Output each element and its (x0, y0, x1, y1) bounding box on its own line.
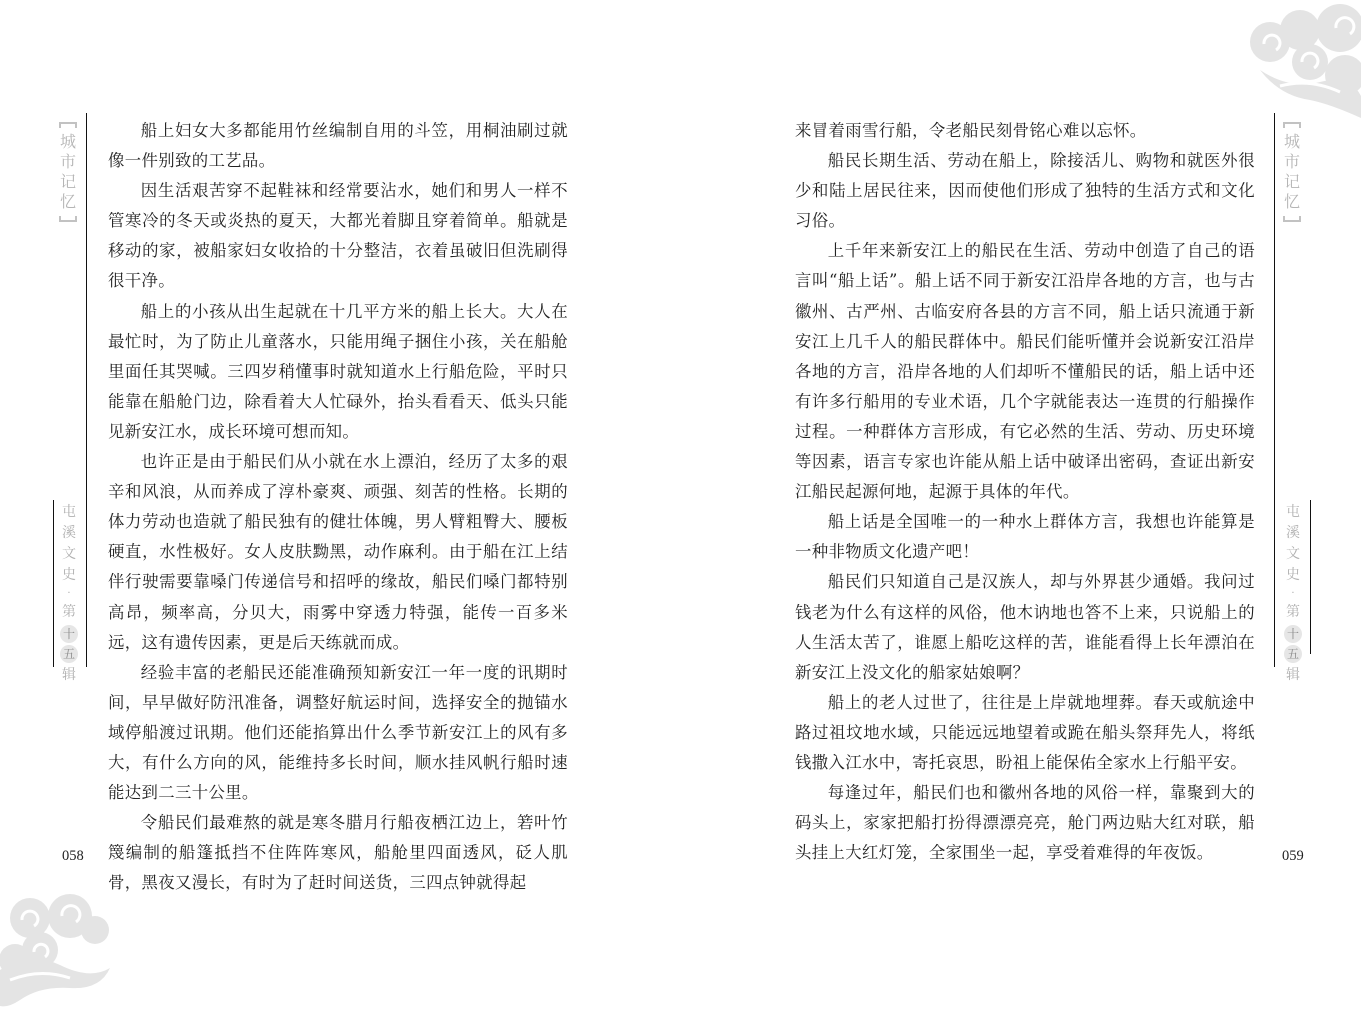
section-label-char: 城 (1282, 132, 1302, 152)
margin-rule (1274, 113, 1275, 667)
series-label-char: 溪 (59, 523, 79, 544)
series-label-circled-char: 十 (1284, 625, 1302, 643)
series-label-char: 屯 (1283, 502, 1303, 523)
section-label-char: 市 (58, 152, 78, 172)
paragraph: 也许正是由于船民们从小就在水上漂泊，经历了太多的艰辛和风浪，从而养成了淳朴豪爽、… (108, 447, 568, 658)
bracket-bottom-icon (1283, 216, 1301, 222)
margin-rule (86, 113, 87, 667)
series-label-char: 文 (59, 544, 79, 565)
series-label-char: 屯 (59, 502, 79, 523)
series-label: 屯 溪 文 史 · 第 十 五 辑 (59, 502, 79, 686)
paragraph: 船上的老人过世了，往往是上岸就地埋葬。春天或航途中路过祖坟地水域，只能远远地望着… (795, 688, 1255, 778)
section-label-char: 忆 (58, 192, 78, 212)
series-rule (53, 500, 54, 667)
series-rule (1310, 500, 1311, 654)
paragraph: 令船民们最难熬的就是寒冬腊月行船夜栖江边上，箬叶竹篾编制的船篷抵挡不住阵阵寒风，… (108, 808, 568, 898)
paragraph: 船民们只知道自己是汉族人，却与外界甚少通婚。我问过钱老为什么有这样的风俗，他木讷… (795, 567, 1255, 687)
right-page: 来冒着雨雪行船，令老船民刻骨铭心难以忘怀。 船民长期生活、劳动在船上，除接活儿、… (680, 0, 1361, 1016)
series-label-char: 史 (1283, 565, 1303, 586)
paragraph: 船民长期生活、劳动在船上，除接活儿、购物和就医外很少和陆上居民往来，因而使他们形… (795, 146, 1255, 236)
series-label-circled-char: 五 (1284, 645, 1302, 663)
section-label-char: 忆 (1282, 192, 1302, 212)
left-page: 城 市 记 忆 屯 溪 文 史 · 第 十 五 辑 船上妇女大多都能用竹丝编制自… (0, 0, 680, 1016)
paragraph-continued: 来冒着雨雪行船，令老船民刻骨铭心难以忘怀。 (795, 116, 1255, 146)
paragraph: 因生活艰苦穿不起鞋袜和经常要沾水，她们和男人一样不管寒冷的冬天或炎热的夏天，大都… (108, 176, 568, 296)
series-label-char: 溪 (1283, 523, 1303, 544)
series-label-char: 第 (1283, 602, 1303, 623)
section-label-char: 记 (58, 172, 78, 192)
series-label: 屯 溪 文 史 · 第 十 五 辑 (1283, 502, 1303, 686)
cloud-ornament-icon (0, 890, 120, 1016)
section-label: 城 市 记 忆 (58, 122, 78, 222)
series-label-dot: · (1283, 586, 1303, 602)
series-label-circled-char: 十 (60, 625, 78, 643)
paragraph: 船上的小孩从出生起就在十几平方米的船上长大。大人在最忙时，为了防止儿童落水，只能… (108, 297, 568, 447)
bracket-top-icon (59, 122, 77, 128)
paragraph: 每逢过年，船民们也和徽州各地的风俗一样，靠聚到大的码头上，家家把船打扮得漂漂亮亮… (795, 778, 1255, 868)
section-label: 城 市 记 忆 (1282, 122, 1302, 222)
page-number: 059 (1282, 848, 1304, 865)
section-label-char: 城 (58, 132, 78, 152)
paragraph: 船上妇女大多都能用竹丝编制自用的斗笠，用桐油刷过就像一件别致的工艺品。 (108, 116, 568, 176)
page-number: 058 (62, 848, 84, 865)
series-label-char: 第 (59, 602, 79, 623)
bracket-bottom-icon (59, 216, 77, 222)
paragraph: 船上话是全国唯一的一种水上群体方言，我想也许能算是一种非物质文化遗产吧！ (795, 507, 1255, 567)
series-label-dot: · (59, 586, 79, 602)
paragraph: 经验丰富的老船民还能准确预知新安江一年一度的讯期时间，早早做好防汛准备，调整好航… (108, 658, 568, 808)
series-label-char: 史 (59, 565, 79, 586)
series-label-char: 辑 (59, 665, 79, 686)
cloud-ornament-icon (1240, 0, 1361, 118)
bracket-top-icon (1283, 122, 1301, 128)
section-label-char: 市 (1282, 152, 1302, 172)
series-label-circled-char: 五 (60, 645, 78, 663)
series-label-char: 文 (1283, 544, 1303, 565)
body-text-right: 来冒着雨雪行船，令老船民刻骨铭心难以忘怀。 船民长期生活、劳动在船上，除接活儿、… (795, 116, 1255, 868)
series-label-char: 辑 (1283, 665, 1303, 686)
body-text-left: 船上妇女大多都能用竹丝编制自用的斗笠，用桐油刷过就像一件别致的工艺品。 因生活艰… (108, 116, 568, 898)
section-label-char: 记 (1282, 172, 1302, 192)
paragraph: 上千年来新安江上的船民在生活、劳动中创造了自己的语言叫“船上话”。船上话不同于新… (795, 236, 1255, 507)
